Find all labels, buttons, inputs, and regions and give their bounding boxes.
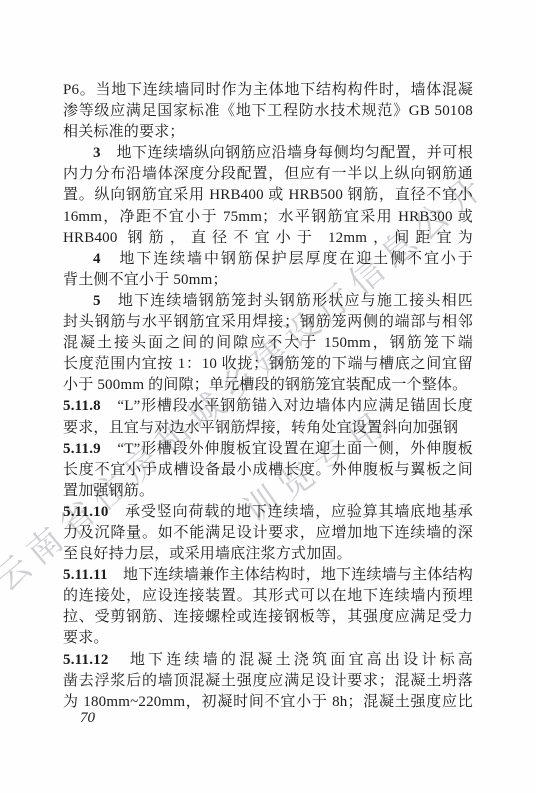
text-segment: 为 180mm~220mm，初凝时间不宜小于 8h；混凝土强度应比设计 [63, 694, 473, 713]
text-line-8: HRB400 钢筋，直径不宜小于 12mm，间距宜为 200mm~400mm； [63, 228, 473, 249]
text-segment: 封头钢筋与水平钢筋宜采用焊接；钢筋笼两侧的端部与相邻墙段 [63, 314, 473, 333]
text-segment: “L”形槽段水平钢筋锚入对边墙体内应满足锚固长度 [101, 398, 473, 414]
bold-segment: 5.11.12 [63, 652, 109, 668]
text-segment: 要求。 [63, 630, 109, 646]
text-segment: 置。纵向钢筋宜采用 HRB400 或 HRB500 钢筋，直径不宜小于 [63, 187, 473, 206]
text-segment: P6。当地下连续墙同时作为主体地下结构构件时，墙体混凝土抗 [63, 82, 473, 101]
text-segment: 16mm，净距不宜小于 75mm；水平钢筋宜采用 HRB300 或 [63, 209, 473, 225]
text-segment: 小于 500mm 的间隙；单元槽段的钢筋笼宜装配成一个整体。 [63, 377, 467, 393]
text-line-27: 要求。 [63, 628, 473, 649]
text-line-7: 16mm，净距不宜小于 75mm；水平钢筋宜采用 HRB300 或 [63, 207, 473, 228]
text-segment: 的连接处，应设连接装置。其形式可以在地下连续墙内预埋受 [63, 588, 473, 607]
text-line-14: 长度范围内宜按 1：10 收拢；钢筋笼的下端与槽底之间宜留有不 [63, 354, 473, 375]
bold-segment: 5.11.11 [63, 567, 108, 583]
text-segment: 地下连续墙中钢筋保护层厚度在迎土侧不宜小于 70mm， [93, 251, 473, 270]
text-line-20: 置加强钢筋。 [63, 481, 473, 502]
text-segment: 拉、受剪钢筋、连接螺栓或连接钢板等，其强度应满足受力计算 [63, 609, 473, 628]
text-segment: “T”形槽段外伸腹板宜设置在迎土面一侧，外伸腹板 [101, 441, 473, 457]
text-line-11: 5 地下连续墙钢筋笼封头钢筋形状应与施工接头相匹配； [63, 291, 473, 312]
text-segment: HRB400 钢筋，直径不宜小于 12mm，间距宜为 200mm~400mm； [63, 230, 473, 249]
text-line-13: 混凝土接头面之间的间隙应不大于 150mm，钢筋笼下端 500mm [63, 333, 473, 354]
text-line-25: 的连接处，应设连接装置。其形式可以在地下连续墙内预埋受 [63, 586, 473, 607]
text-line-1: P6。当地下连续墙同时作为主体地下结构构件时，墙体混凝土抗 [63, 80, 473, 101]
bold-segment: 4 [93, 251, 101, 267]
text-segment: 至良好持力层，或采用墙底注浆方式加固。 [63, 546, 352, 562]
text-line-22: 力及沉降量。如不能满足设计要求，应增加地下连续墙的深度直 [63, 523, 473, 544]
text-segment: 地下连续墙兼作主体结构时，地下连续墙与主体结构 [108, 567, 473, 583]
text-line-4: 3 地下连续墙纵向钢筋应沿墙身每侧均匀配置，并可根据 [63, 143, 473, 164]
text-segment: 内力分布沿墙体深度分段配置，但应有一半以上纵向钢筋通长配 [63, 166, 473, 185]
text-line-19: 长度不宜小于成槽设备最小成槽长度。外伸腹板与翼板之间宜设 [63, 460, 473, 481]
text-line-23: 至良好持力层，或采用墙底注浆方式加固。 [63, 544, 473, 565]
bold-segment: 5 [93, 293, 101, 309]
text-segment: 长度不宜小于成槽设备最小成槽长度。外伸腹板与翼板之间宜设 [63, 462, 473, 481]
text-line-12: 封头钢筋与水平钢筋宜采用焊接；钢筋笼两侧的端部与相邻墙段 [63, 312, 473, 333]
text-segment: 地下连续墙钢筋笼封头钢筋形状应与施工接头相匹配； [93, 293, 473, 312]
text-line-29: 凿去浮浆后的墙顶混凝土强度应满足设计要求；混凝土坍落度宜 [63, 671, 473, 692]
text-block: P6。当地下连续墙同时作为主体地下结构构件时，墙体混凝土抗渗等级应满足国家标准《… [63, 80, 473, 713]
page-number: 70 [80, 710, 95, 727]
text-line-5: 内力分布沿墙体深度分段配置，但应有一半以上纵向钢筋通长配 [63, 164, 473, 185]
text-segment: 长度范围内宜按 1：10 收拢；钢筋笼的下端与槽底之间宜留有不 [63, 356, 473, 375]
text-line-18: 5.11.9 “T”形槽段外伸腹板宜设置在迎土面一侧，外伸腹板 [63, 439, 473, 460]
text-segment: 地下连续墙的混凝土浇筑面宜高出设计标高 500mm， [63, 652, 473, 671]
text-segment: 相关标准的要求； [63, 124, 185, 140]
text-segment: 背土侧不宜小于 50mm； [63, 272, 228, 288]
bold-segment: 5.11.9 [63, 441, 101, 457]
text-line-6: 置。纵向钢筋宜采用 HRB400 或 HRB500 钢筋，直径不宜小于 [63, 185, 473, 206]
bold-segment: 5.11.8 [63, 398, 101, 414]
text-line-26: 拉、受剪钢筋、连接螺栓或连接钢板等，其强度应满足受力计算 [63, 607, 473, 628]
text-line-9: 4 地下连续墙中钢筋保护层厚度在迎土侧不宜小于 70mm， [63, 249, 473, 270]
text-line-28: 5.11.12 地下连续墙的混凝土浇筑面宜高出设计标高 500mm， [63, 650, 473, 671]
text-line-10: 背土侧不宜小于 50mm； [63, 270, 473, 291]
text-segment: 混凝土接头面之间的间隙应不大于 150mm，钢筋笼下端 500mm [63, 335, 473, 354]
text-line-2: 渗等级应满足国家标准《地下工程防水技术规范》GB 50108 等 [63, 101, 473, 122]
text-line-16: 5.11.8 “L”形槽段水平钢筋锚入对边墙体内应满足锚固长度 [63, 396, 473, 417]
text-line-30: 为 180mm~220mm，初凝时间不宜小于 8h；混凝土强度应比设计 [63, 692, 473, 713]
text-line-3: 相关标准的要求； [63, 122, 473, 143]
document-page: 云南省住房和城乡建设厅信息公开训览专用 P6。当地下连续墙同时作为主体地下结构构… [0, 0, 536, 793]
text-line-15: 小于 500mm 的间隙；单元槽段的钢筋笼宜装配成一个整体。 [63, 375, 473, 396]
text-segment: 要求，且宜与对边水平钢筋焊接，转角处宜设置斜向加强钢筋。 [63, 420, 458, 439]
text-segment: 力及沉降量。如不能满足设计要求，应增加地下连续墙的深度直 [63, 525, 473, 544]
bold-segment: 5.11.10 [63, 504, 109, 520]
text-segment: 凿去浮浆后的墙顶混凝土强度应满足设计要求；混凝土坍落度宜 [63, 673, 473, 692]
text-line-21: 5.11.10 承受竖向荷载的地下连续墙，应验算其墙底地基承载 [63, 502, 473, 523]
text-segment: 承受竖向荷载的地下连续墙，应验算其墙底地基承载 [63, 504, 473, 523]
text-segment: 渗等级应满足国家标准《地下工程防水技术规范》GB 50108 等 [63, 103, 473, 122]
text-line-17: 要求，且宜与对边水平钢筋焊接，转角处宜设置斜向加强钢筋。 [63, 418, 473, 439]
bold-segment: 3 [93, 145, 101, 161]
text-segment: 置加强钢筋。 [63, 483, 154, 499]
text-line-24: 5.11.11 地下连续墙兼作主体结构时，地下连续墙与主体结构 [63, 565, 473, 586]
text-segment: 地下连续墙纵向钢筋应沿墙身每侧均匀配置，并可根据 [93, 145, 473, 164]
